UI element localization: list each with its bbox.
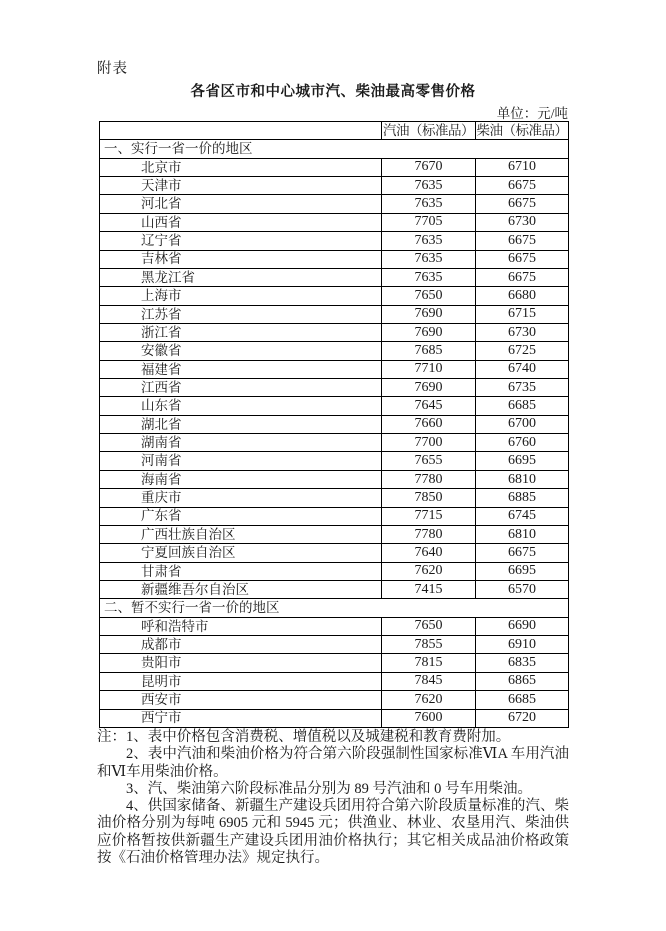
- diesel-price-cell: 6715: [476, 305, 569, 323]
- region-cell: 西宁市: [100, 709, 382, 727]
- header-cell-blank: [100, 122, 382, 140]
- table-row: 重庆市78506885: [100, 489, 569, 507]
- diesel-price-cell: 6690: [476, 617, 569, 635]
- diesel-price-cell: 6680: [476, 287, 569, 305]
- table-row: 甘肃省76206695: [100, 562, 569, 580]
- appendix-label: 附表: [97, 57, 128, 78]
- diesel-price-cell: 6720: [476, 709, 569, 727]
- gasoline-price-cell: 7815: [382, 654, 476, 672]
- diesel-price-cell: 6710: [476, 158, 569, 176]
- gasoline-price-cell: 7635: [382, 195, 476, 213]
- diesel-price-cell: 6865: [476, 672, 569, 690]
- region-cell: 安徽省: [100, 342, 382, 360]
- diesel-price-cell: 6810: [476, 470, 569, 488]
- gasoline-price-cell: 7780: [382, 470, 476, 488]
- diesel-price-cell: 6685: [476, 691, 569, 709]
- notes-label: 注：: [97, 729, 126, 745]
- region-cell: 江苏省: [100, 305, 382, 323]
- notes-section: 注：1、表中价格包含消费税、增值税以及城建税和教育费附加。 2、表中汽油和柴油价…: [97, 729, 569, 867]
- gasoline-price-cell: 7660: [382, 415, 476, 433]
- table-row: 昆明市78456865: [100, 672, 569, 690]
- diesel-price-cell: 6835: [476, 654, 569, 672]
- unit-label: 单位：元/吨: [497, 102, 568, 122]
- region-cell: 新疆维吾尔自治区: [100, 580, 382, 598]
- table-row: 浙江省76906730: [100, 323, 569, 341]
- table-row: 呼和浩特市76506690: [100, 617, 569, 635]
- diesel-price-cell: 6810: [476, 525, 569, 543]
- header-cell-gasoline: 汽油（标准品）: [382, 122, 476, 140]
- region-cell: 广东省: [100, 507, 382, 525]
- table-row: 山东省76456685: [100, 397, 569, 415]
- section-title-cell: 一、实行一省一价的地区: [100, 140, 569, 158]
- region-cell: 北京市: [100, 158, 382, 176]
- gasoline-price-cell: 7850: [382, 489, 476, 507]
- region-cell: 黑龙江省: [100, 268, 382, 286]
- table-row: 广西壮族自治区77806810: [100, 525, 569, 543]
- diesel-price-cell: 6910: [476, 636, 569, 654]
- region-cell: 成都市: [100, 636, 382, 654]
- note-item: 2、表中汽油和柴油价格为符合第六阶段强制性国家标准ⅥA 车用汽油和Ⅵ车用柴油价格…: [97, 746, 569, 781]
- region-cell: 山东省: [100, 397, 382, 415]
- gasoline-price-cell: 7670: [382, 158, 476, 176]
- diesel-price-cell: 6740: [476, 360, 569, 378]
- diesel-price-cell: 6675: [476, 544, 569, 562]
- table-row: 广东省77156745: [100, 507, 569, 525]
- region-cell: 甘肃省: [100, 562, 382, 580]
- gasoline-price-cell: 7620: [382, 691, 476, 709]
- note-item: 注：1、表中价格包含消费税、增值税以及城建税和教育费附加。: [97, 729, 569, 746]
- table-row: 江苏省76906715: [100, 305, 569, 323]
- note-item: 4、供国家储备、新疆生产建设兵团用符合第六阶段质量标准的汽、柴油价格分别为每吨 …: [97, 798, 569, 867]
- region-cell: 天津市: [100, 177, 382, 195]
- region-cell: 辽宁省: [100, 232, 382, 250]
- price-table: 汽油（标准品） 柴油（标准品） 一、实行一省一价的地区北京市76706710天津…: [99, 121, 569, 728]
- gasoline-price-cell: 7855: [382, 636, 476, 654]
- gasoline-price-cell: 7650: [382, 287, 476, 305]
- region-cell: 呼和浩特市: [100, 617, 382, 635]
- document-title: 各省区市和中心城市汽、柴油最高零售价格: [0, 80, 666, 101]
- diesel-price-cell: 6745: [476, 507, 569, 525]
- table-row: 上海市76506680: [100, 287, 569, 305]
- gasoline-price-cell: 7635: [382, 268, 476, 286]
- diesel-price-cell: 6735: [476, 379, 569, 397]
- gasoline-price-cell: 7650: [382, 617, 476, 635]
- section-title-row: 二、暂不实行一省一价的地区: [100, 599, 569, 617]
- region-cell: 广西壮族自治区: [100, 525, 382, 543]
- diesel-price-cell: 6695: [476, 452, 569, 470]
- table-row: 贵阳市78156835: [100, 654, 569, 672]
- note-text: 1、表中价格包含消费税、增值税以及城建税和教育费附加。: [126, 729, 510, 745]
- region-cell: 宁夏回族自治区: [100, 544, 382, 562]
- diesel-price-cell: 6685: [476, 397, 569, 415]
- table-row: 江西省76906735: [100, 379, 569, 397]
- table-row: 山西省77056730: [100, 213, 569, 231]
- gasoline-price-cell: 7690: [382, 305, 476, 323]
- gasoline-price-cell: 7690: [382, 379, 476, 397]
- gasoline-price-cell: 7635: [382, 177, 476, 195]
- section-title-cell: 二、暂不实行一省一价的地区: [100, 599, 569, 617]
- diesel-price-cell: 6700: [476, 415, 569, 433]
- table-row: 宁夏回族自治区76406675: [100, 544, 569, 562]
- note-item: 3、汽、柴油第六阶段标准品分别为 89 号汽油和 0 号车用柴油。: [97, 781, 569, 798]
- region-cell: 吉林省: [100, 250, 382, 268]
- diesel-price-cell: 6675: [476, 268, 569, 286]
- region-cell: 重庆市: [100, 489, 382, 507]
- region-cell: 西安市: [100, 691, 382, 709]
- table-row: 河南省76556695: [100, 452, 569, 470]
- gasoline-price-cell: 7845: [382, 672, 476, 690]
- gasoline-price-cell: 7635: [382, 250, 476, 268]
- region-cell: 昆明市: [100, 672, 382, 690]
- gasoline-price-cell: 7635: [382, 232, 476, 250]
- table-row: 西宁市76006720: [100, 709, 569, 727]
- table-row: 湖南省77006760: [100, 434, 569, 452]
- region-cell: 河南省: [100, 452, 382, 470]
- gasoline-price-cell: 7640: [382, 544, 476, 562]
- section-title-row: 一、实行一省一价的地区: [100, 140, 569, 158]
- gasoline-price-cell: 7685: [382, 342, 476, 360]
- diesel-price-cell: 6675: [476, 250, 569, 268]
- diesel-price-cell: 6730: [476, 323, 569, 341]
- table-header-row: 汽油（标准品） 柴油（标准品）: [100, 122, 569, 140]
- price-table-body: 一、实行一省一价的地区北京市76706710天津市76356675河北省7635…: [100, 140, 569, 728]
- diesel-price-cell: 6675: [476, 177, 569, 195]
- region-cell: 江西省: [100, 379, 382, 397]
- gasoline-price-cell: 7600: [382, 709, 476, 727]
- diesel-price-cell: 6675: [476, 232, 569, 250]
- region-cell: 湖北省: [100, 415, 382, 433]
- table-row: 安徽省76856725: [100, 342, 569, 360]
- diesel-price-cell: 6760: [476, 434, 569, 452]
- table-row: 福建省77106740: [100, 360, 569, 378]
- diesel-price-cell: 6675: [476, 195, 569, 213]
- gasoline-price-cell: 7780: [382, 525, 476, 543]
- table-row: 湖北省76606700: [100, 415, 569, 433]
- table-row: 西安市76206685: [100, 691, 569, 709]
- diesel-price-cell: 6570: [476, 580, 569, 598]
- region-cell: 浙江省: [100, 323, 382, 341]
- diesel-price-cell: 6725: [476, 342, 569, 360]
- gasoline-price-cell: 7710: [382, 360, 476, 378]
- table-row: 河北省76356675: [100, 195, 569, 213]
- gasoline-price-cell: 7645: [382, 397, 476, 415]
- diesel-price-cell: 6730: [476, 213, 569, 231]
- gasoline-price-cell: 7700: [382, 434, 476, 452]
- diesel-price-cell: 6885: [476, 489, 569, 507]
- region-cell: 湖南省: [100, 434, 382, 452]
- table-row: 天津市76356675: [100, 177, 569, 195]
- region-cell: 河北省: [100, 195, 382, 213]
- gasoline-price-cell: 7690: [382, 323, 476, 341]
- gasoline-price-cell: 7620: [382, 562, 476, 580]
- table-row: 黑龙江省76356675: [100, 268, 569, 286]
- table-row: 辽宁省76356675: [100, 232, 569, 250]
- document-page: 附表 各省区市和中心城市汽、柴油最高零售价格 单位：元/吨 汽油（标准品） 柴油…: [0, 0, 666, 931]
- table-row: 吉林省76356675: [100, 250, 569, 268]
- table-row: 新疆维吾尔自治区74156570: [100, 580, 569, 598]
- region-cell: 贵阳市: [100, 654, 382, 672]
- gasoline-price-cell: 7715: [382, 507, 476, 525]
- table-row: 海南省77806810: [100, 470, 569, 488]
- region-cell: 福建省: [100, 360, 382, 378]
- diesel-price-cell: 6695: [476, 562, 569, 580]
- table-row: 成都市78556910: [100, 636, 569, 654]
- region-cell: 海南省: [100, 470, 382, 488]
- region-cell: 山西省: [100, 213, 382, 231]
- gasoline-price-cell: 7655: [382, 452, 476, 470]
- header-cell-diesel: 柴油（标准品）: [476, 122, 569, 140]
- region-cell: 上海市: [100, 287, 382, 305]
- gasoline-price-cell: 7415: [382, 580, 476, 598]
- table-row: 北京市76706710: [100, 158, 569, 176]
- gasoline-price-cell: 7705: [382, 213, 476, 231]
